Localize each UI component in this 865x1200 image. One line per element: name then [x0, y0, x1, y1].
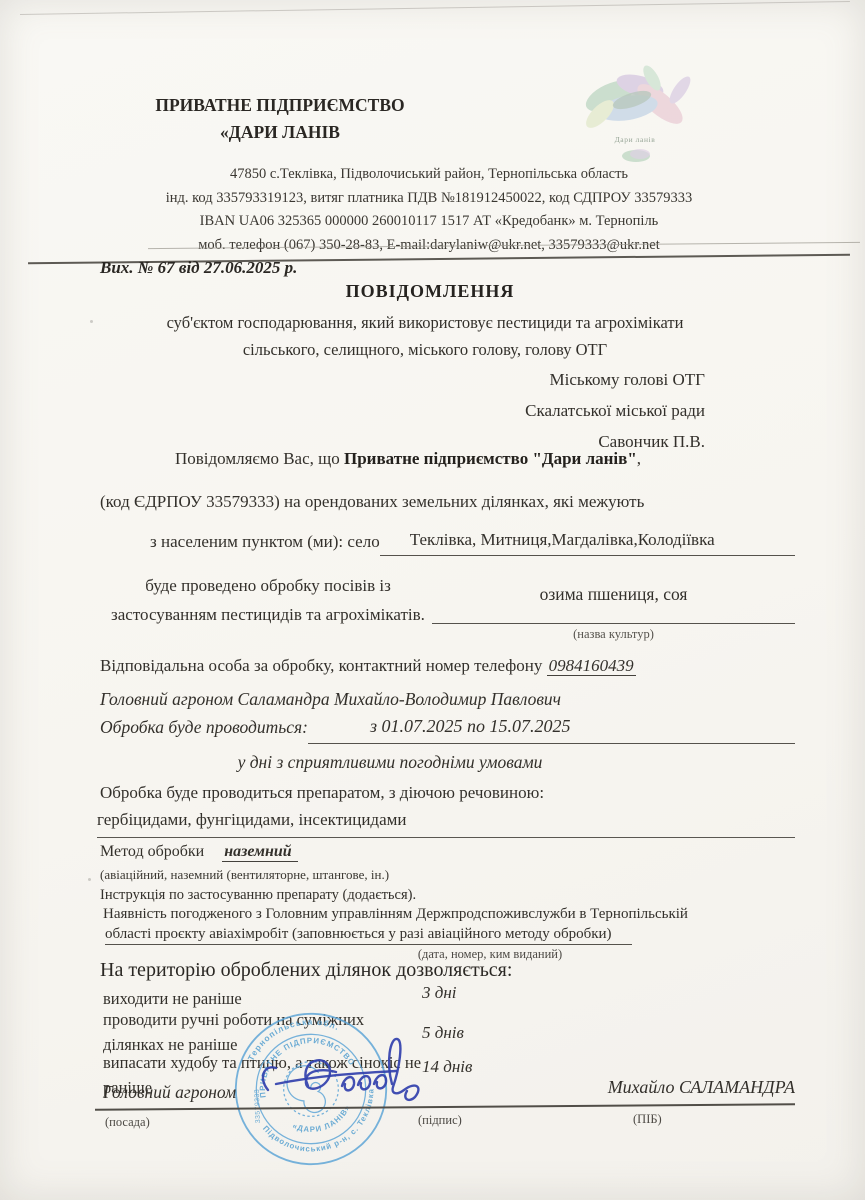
- crops-caption: (назва культур): [432, 624, 795, 642]
- method-note: (авіаційний, наземний (вентиляторне, шта…: [100, 867, 389, 883]
- weather-conditions-line: у дні з сприятливими погодніми умовами: [80, 752, 700, 773]
- signer-position: Головний агроном: [103, 1082, 236, 1103]
- caption-position: (посада): [105, 1115, 150, 1130]
- agronomist-line: Головний агроном Саламандра Михайло-Воло…: [100, 689, 561, 710]
- treatment-period-row: Обробка буде проводиться: з 01.07.2025 п…: [100, 716, 795, 744]
- restriction-value-3: 14 днів: [422, 1057, 472, 1077]
- substances-field: гербіцидами, фунгіцидами, інсектицидами: [97, 810, 795, 838]
- company-name-block: ПРИВАТНЕ ПІДПРИЄМСТВО «ДАРИ ЛАНІВ: [90, 92, 470, 146]
- crops-block: озима пшениця, соя (назва культур): [432, 574, 795, 642]
- restriction-value-1: 3 дні: [422, 983, 457, 1003]
- phone-number: 0984160439: [547, 656, 636, 676]
- logo-caption: Дари ланів: [615, 135, 656, 144]
- contact-codes: інд. код 335793319123, витяг платника ПД…: [55, 187, 803, 211]
- subtitle-line2: сільського, селищного, міського голову, …: [75, 336, 775, 363]
- responsible-prefix: Відповідальна особа за обробку, контактн…: [100, 656, 547, 675]
- caption-name: (ПІБ): [633, 1112, 662, 1127]
- contact-address: 47850 с.Теклівка, Підволочиський район, …: [55, 163, 803, 187]
- handwritten-signature: [246, 1030, 428, 1125]
- caption-signature: (підпис): [418, 1113, 462, 1128]
- period-value-field: з 01.07.2025 по 15.07.2025: [308, 716, 795, 744]
- addressee-line1: Міському голові ОТГ: [525, 364, 705, 395]
- method-value: наземний: [222, 843, 297, 862]
- scan-speck: [88, 878, 91, 881]
- document-title: ПОВІДОМЛЕННЯ: [100, 281, 760, 302]
- responsible-person-line: Відповідальна особа за обробку, контактн…: [100, 656, 636, 676]
- document-subtitle: суб'єктом господарювання, який використо…: [75, 309, 775, 363]
- crops-value-field: озима пшениця, соя: [432, 574, 795, 624]
- outgoing-number-line: Вих. № 67 від 27.06.2025 р.: [100, 258, 297, 278]
- subtitle-line1: суб'єктом господарювання, який використо…: [75, 309, 775, 336]
- intro-prefix: Повідомляємо Вас, що: [175, 449, 344, 468]
- preparation-line: Обробка буде проводиться препаратом, з д…: [100, 783, 544, 803]
- settlement-label: з населеним пунктом (ми): село: [150, 532, 380, 556]
- signer-name: Михайло САЛАМАНДРА: [550, 1077, 795, 1098]
- approval-line1: Наявність погодженого з Головним управлі…: [103, 906, 688, 923]
- method-row: Метод обробки наземний: [100, 843, 298, 861]
- period-label: Обробка буде проводиться:: [100, 717, 308, 744]
- settlement-row: з населеним пунктом (ми): село Теклівка,…: [150, 530, 795, 556]
- intro-line: Повідомляємо Вас, що Приватне підприємст…: [175, 449, 641, 469]
- instruction-line: Інструкція по застосуванню препарату (до…: [100, 887, 416, 904]
- restrictions-heading: На територію оброблених ділянок дозволяє…: [100, 959, 512, 982]
- signature-line: [95, 1103, 795, 1110]
- addressee-block: Міському голові ОТГ Скалатської міської …: [525, 364, 705, 457]
- scanned-document-page: ПРИВАТНЕ ПІДПРИЄМСТВО «ДАРИ ЛАНІВ Дари л…: [0, 0, 865, 1200]
- settlement-value-field: Теклівка, Митниця,Магдалівка,Колодіївка: [380, 530, 795, 556]
- contact-iban: IBAN UA06 325365 000000 260010117 1517 А…: [55, 210, 803, 234]
- approval-line2-text: області проєкту авіахімробіт (заповнюєть…: [105, 926, 632, 945]
- company-name-line2: «ДАРИ ЛАНІВ: [90, 119, 470, 146]
- intro-comma: ,: [637, 449, 641, 468]
- approval-line2: області проєкту авіахімробіт (заповнюєть…: [105, 926, 632, 943]
- company-name-line1: ПРИВАТНЕ ПІДПРИЄМСТВО: [90, 92, 470, 119]
- method-label: Метод обробки: [100, 843, 204, 860]
- edrpou-line: (код ЄДРПОУ 33579333) на орендованих зем…: [100, 492, 644, 512]
- company-logo-flowers: Дари ланів: [540, 56, 730, 168]
- scan-artifact-line: [20, 1, 850, 15]
- treatment-statement: буде проведено обробку посівів із застос…: [103, 572, 433, 629]
- addressee-line2: Скалатської міської ради: [525, 395, 705, 426]
- restriction-value-2: 5 днів: [422, 1023, 464, 1043]
- intro-company-bold: Приватне підприємство "Дари ланів": [344, 449, 637, 468]
